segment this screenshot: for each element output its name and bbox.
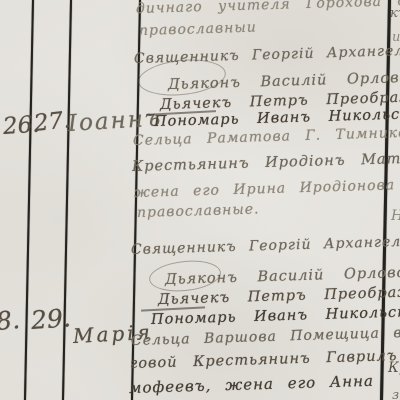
margin-fragment: Н: [391, 208, 400, 224]
margin-fragment: Кр: [388, 360, 400, 376]
entry2-birth-day: 8.: [0, 305, 21, 336]
margin-fragment: къ: [390, 6, 400, 21]
record-line: говой Крестьянинъ Гаврилъ Ти: [130, 347, 400, 372]
margin-fragment: и: [392, 30, 400, 45]
column-rule-1: [24, 0, 34, 400]
record-line: православныи: [139, 20, 257, 39]
entry1-baptism-day: 27.: [33, 107, 72, 137]
record-line: дичнаго учителя Горохова оба: [136, 0, 400, 17]
record-line: Крестьянинъ Иродіонъ Матвеевъ: [132, 150, 400, 175]
entry2-baptism-day: 29.: [30, 303, 72, 335]
record-line: Священникъ Георгій Архангельскій: [131, 233, 400, 258]
register-page-scan: 26. 27. Іоаннъ дичнаго учителя Горохова …: [0, 0, 400, 400]
margin-fragment: з: [392, 388, 399, 400]
record-line: мофеевъ, жена его Анна: [129, 372, 375, 397]
record-line: православные.: [137, 201, 260, 221]
record-line: жена его Ирина Иродіонова оба: [134, 176, 400, 201]
column-rule-2: [62, 0, 72, 400]
ink-flourish: [148, 257, 223, 294]
